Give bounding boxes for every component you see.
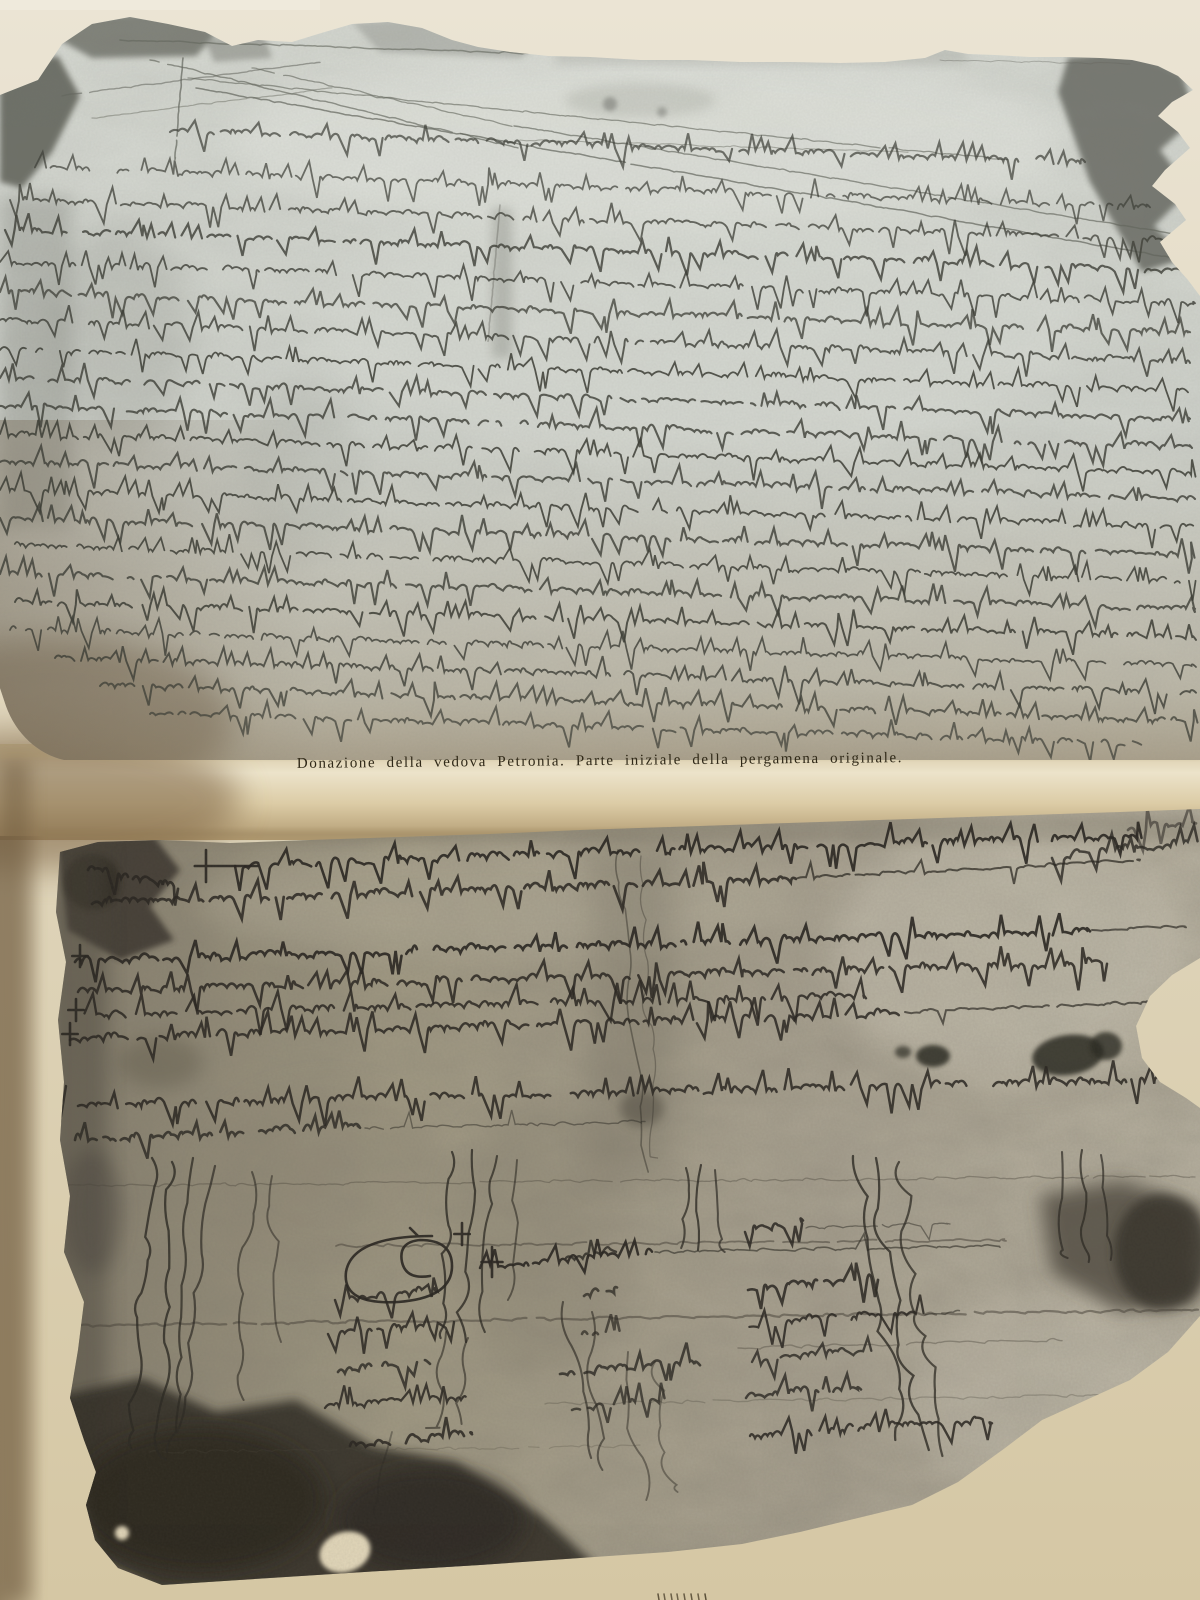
left-edge-shadow-soft — [0, 836, 44, 1600]
figure1-grain — [0, 0, 1200, 765]
book-page: Donazione della vedova Petronia. Parte i… — [0, 0, 1200, 1600]
page-top-edge — [0, 0, 320, 10]
page-artwork — [0, 0, 1200, 1600]
figure1-photo — [0, 0, 1200, 807]
